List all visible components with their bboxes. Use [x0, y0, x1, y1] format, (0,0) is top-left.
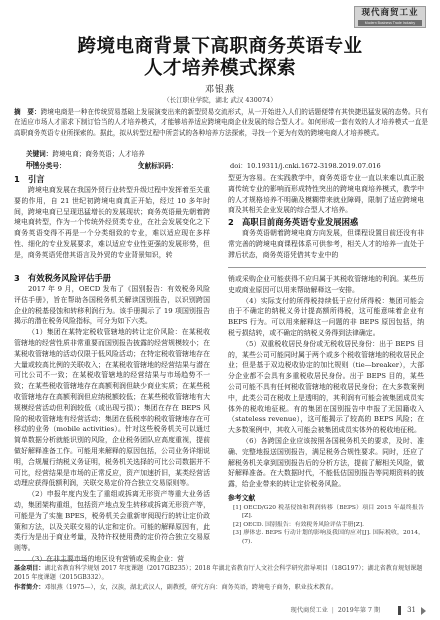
section-heading-3: 3有效税务风险评估手册 [14, 272, 210, 284]
risk-item-1: （1）集团在某特定税收管辖地的转让定价风险：在某税收管辖地的经营性质非常重要而国… [14, 327, 210, 489]
clc-value: F74 [26, 160, 39, 168]
section-heading-2: 2高职目前商务英语专业发展困惑 [228, 216, 424, 228]
section1-continuation: 型更为容易。在实践教学中，商务英语专业一直以来难以真正脱离传统专业的影响而形成特… [228, 173, 424, 216]
left-column-section3: 3有效税务风险评估手册 2017 年 9 月，OECD 发布了《国别报告：有效税… [14, 272, 210, 565]
section-title: 有效税务风险评估手册 [28, 273, 111, 283]
section-heading-1: 1引言 [14, 173, 210, 185]
keywords: 关键词：跨境电商；商务英语；人才培养 [26, 148, 145, 158]
section-number: 1 [14, 173, 28, 185]
risk-item-5: （5）双重税收居民身份或无税收居民身份：出于 BEPS 目的，某些公司可能同时属… [228, 339, 424, 436]
page-number: 31 [407, 606, 416, 614]
next-page-arrow-icon [421, 607, 426, 615]
article-title-line2: 人才培养模式探索 [0, 58, 440, 80]
footnote-divider [14, 560, 86, 561]
section-title: 引言 [28, 174, 45, 184]
references-heading: 参考文献 [228, 493, 424, 504]
left-column-top: 1引言 跨境电商发展在我国外贸行业转型升级过程中发挥着至关重要的作用，自 21 … [14, 173, 210, 261]
author-bio-label: 作者简介： [14, 584, 44, 591]
risk-item-4: （4）实际支付的所得税持续低于应付所得税：集团可能会由于不确定的纳税义务计提高额… [228, 296, 424, 339]
risk-item-2: （2）申报年度内发生了重组或拆离无形资产等重大业务活动，集团架构重组，包括资产地… [14, 489, 210, 554]
section-title: 高职目前商务英语专业发展困惑 [242, 217, 358, 227]
section2-paragraph: 商务英语朝着跨境电商方向发展，但课程设置目前还没有非常完善的跨境电商课程体系可供… [228, 228, 424, 260]
article-title-line1: 跨境电商背景下高职商务英语专业 [0, 36, 440, 58]
footer-separator: | [332, 607, 334, 614]
author-bio-text: 邓银燕（1975—），女，汉族，湖北武汉人，副教授，研究方向：商务英语，跨境电子… [44, 584, 337, 591]
footer-issue: 2019年第 7 期 [338, 607, 380, 614]
funding-footnote: 基金项目：湖北省教育科学规划 2017 年度课题（2017GB235）；2018… [14, 564, 428, 582]
doc-code-label: 文献标识码： [138, 160, 178, 170]
footer-journal-name: 现代商贸工业 [291, 607, 328, 614]
funding-label: 基金项目： [14, 565, 44, 572]
keywords-text: 跨境电商；商务英语；人才培养 [52, 150, 144, 158]
section-number: 2 [228, 216, 242, 228]
column-divider-line [228, 267, 426, 268]
author-affiliation: （长江职业学院，湖北 武汉 430074） [0, 95, 440, 104]
section1-paragraph: 跨境电商发展在我国外贸行业转型升级过程中发挥着至关重要的作用，自 21 世纪初跨… [14, 185, 210, 261]
abstract: 摘 要：跨境电商是一种在传统贸易基础上发展演变出来的新型贸易交流形式，从一开始进… [14, 107, 428, 138]
page-footer: 现代商贸工业|2019年第 7 期31 [291, 605, 426, 615]
abstract-label: 摘 要： [14, 108, 41, 116]
funding-text: 湖北省教育科学规划 2017 年度课题（2017GB235）；2018 年湖北省… [14, 565, 422, 581]
footer-bar-decoration [398, 606, 401, 615]
section-number: 3 [14, 272, 28, 284]
reference-item: [3] 廖体忠. BEPS 行动计划的影响及我国的应对[J]. 国际税收，201… [228, 529, 424, 546]
doc-code-value: A [138, 160, 143, 168]
journal-page: 现代商贸工业 Modern Business Trade Industry 跨境… [0, 0, 440, 620]
reference-item: [2] OECD. 国别报告：有效税务风险评估手册[Z]. [228, 521, 424, 530]
author-bio-footnote: 作者简介：邓银燕（1975—），女，汉族，湖北武汉人，副教授，研究方向：商务英语… [14, 583, 428, 592]
keywords-label: 关键词： [26, 150, 52, 158]
journal-name-cn: 现代商贸工业 [355, 7, 425, 19]
section3-intro: 2017 年 9 月，OECD 发布了《国别报告：有效税务风险评估手册》，旨在帮… [14, 284, 210, 327]
risk-item-3-continuation: 销或采购企业可能获得不应归属于其税收管辖地的利润。某些历史或商业原因可以用来帮助… [228, 274, 424, 296]
abstract-text: 跨境电商是一种在传统贸易基础上发展演变出来的新型贸易交流形式，从一开始进入人们的… [14, 108, 428, 137]
right-column-section3: 销或采购企业可能获得不应归属于其税收管辖地的利润。某些历史或商业原因可以用来帮助… [228, 274, 424, 546]
author-name: 邓银燕 [0, 82, 440, 95]
doi: doi：10.19311/j.cnki.1672-3198.2019.07.01… [230, 160, 381, 170]
risk-item-6: （6）各跨国企业应该按照各国税务机关的要求，及时、准确、完整地报送国别报告，满足… [228, 436, 424, 490]
right-column-top: 型更为容易。在实践教学中，商务英语专业一直以来难以真正脱离传统专业的影响而形成特… [228, 173, 424, 261]
reference-item: [1] OECD/G20 税基侵蚀和利润转移（BEPS）项目 2015 年最终报… [228, 504, 424, 521]
journal-name-en: Modern Business Trade Industry [358, 20, 422, 26]
journal-badge: 现代商贸工业 Modern Business Trade Industry [354, 6, 426, 28]
